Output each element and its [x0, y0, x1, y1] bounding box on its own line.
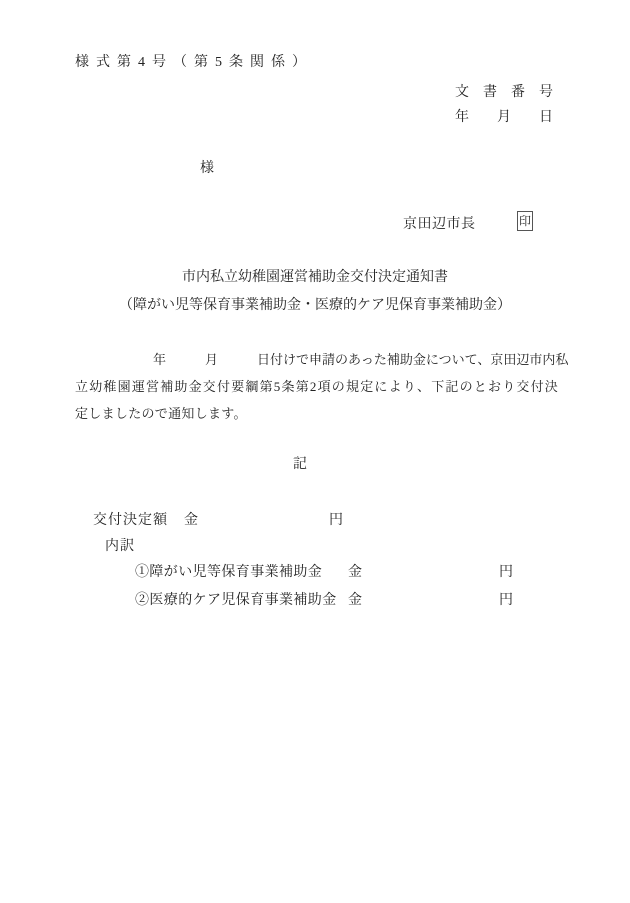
seal-stamp: 印: [517, 211, 533, 231]
breakdown-label: 内訳: [105, 538, 135, 556]
notice-subtitle: （障がい児等保育事業補助金・医療的ケア児保育事業補助金）: [0, 297, 630, 315]
item-currency-suffix: 円: [499, 564, 513, 582]
award-label: 交付決定額: [93, 512, 168, 530]
notice-title: 市内私立幼稚園運営補助金交付決定通知書: [0, 269, 630, 287]
section-marker: 記: [293, 456, 307, 474]
body-line: 年 月 日付けで申請のあった補助金について、京田辺市内私: [75, 352, 568, 368]
body-line: 定しましたので通知します。: [75, 406, 247, 422]
item-currency-prefix: 金: [348, 592, 362, 610]
document-page: 様式第4号（第5条関係） 文 書 番 号 年 月 日 様 京田辺市長 印 市内私…: [0, 0, 630, 903]
item-label: ①障がい児等保育事業補助金: [135, 564, 322, 582]
document-number-label: 文 書 番 号: [455, 84, 553, 102]
date-line: 年 月 日: [455, 109, 553, 127]
sender-name: 京田辺市長: [403, 216, 476, 234]
addressee-honorific: 様: [200, 160, 214, 178]
award-currency-suffix: 円: [329, 512, 343, 530]
award-currency-prefix: 金: [184, 512, 198, 530]
item-currency-suffix: 円: [499, 592, 513, 610]
form-number: 様式第4号（第5条関係）: [75, 54, 313, 72]
item-label: ②医療的ケア児保育事業補助金: [135, 592, 337, 610]
item-currency-prefix: 金: [348, 564, 362, 582]
body-line: 立幼稚園運営補助金交付要綱第5条第2項の規定により、下記のとおり交付決: [75, 379, 559, 395]
